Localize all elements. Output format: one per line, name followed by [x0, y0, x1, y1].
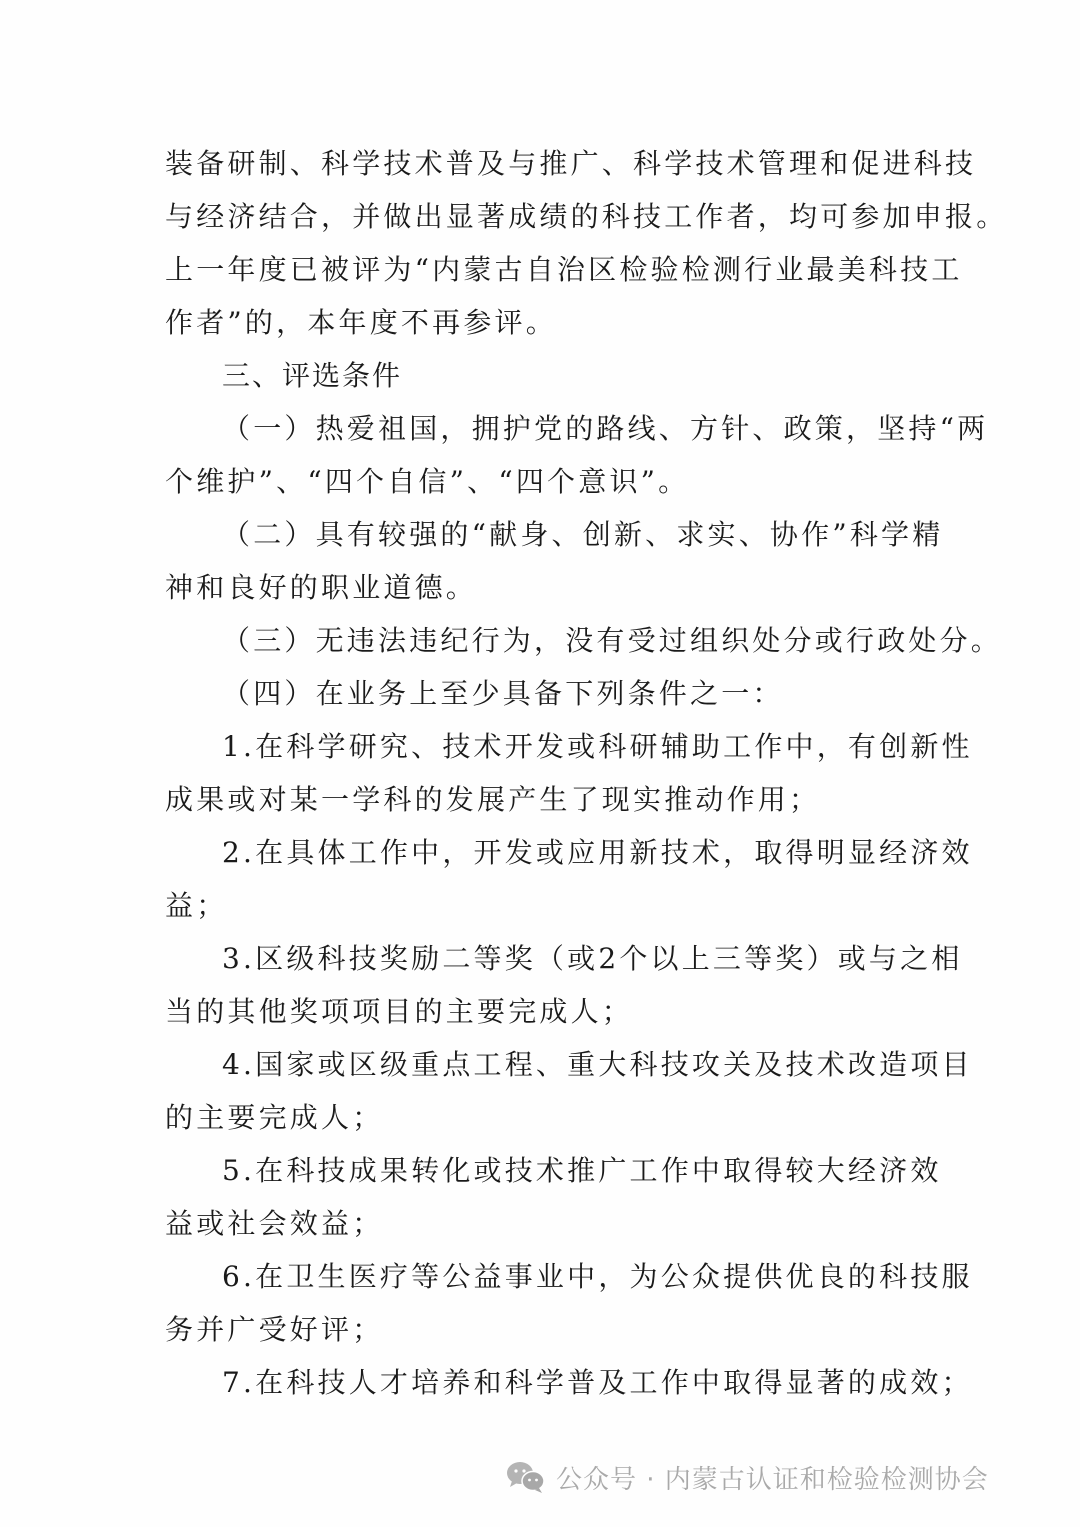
document-page: 装备研制、科学技术普及与推广、科学技术管理和促进科技 与经济结合，并做出显著成绩…: [0, 0, 1080, 1527]
list-item-7: 7.在科技人才培养和科学普及工作中取得显著的成效；: [165, 1356, 917, 1409]
section-heading: 三、评选条件: [165, 349, 917, 402]
text-line: 与经济结合，并做出显著成绩的科技工作者，均可参加申报。: [165, 190, 917, 243]
text-line: 益或社会效益；: [165, 1197, 917, 1250]
document-body: 装备研制、科学技术普及与推广、科学技术管理和促进科技 与经济结合，并做出显著成绩…: [165, 137, 917, 1409]
text-line: 个维护”、“四个自信”、“四个意识”。: [165, 455, 917, 508]
list-item-1: 1.在科学研究、技术开发或科研辅助工作中，有创新性: [165, 720, 917, 773]
text-line: 装备研制、科学技术普及与推广、科学技术管理和促进科技: [165, 137, 917, 190]
list-item-2: 2.在具体工作中，开发或应用新技术，取得明显经济效: [165, 826, 917, 879]
criterion-1: （一）热爱祖国，拥护党的路线、方针、政策，坚持“两: [165, 402, 917, 455]
list-item-6: 6.在卫生医疗等公益事业中，为公众提供优良的科技服: [165, 1250, 917, 1303]
text-line: 神和良好的职业道德。: [165, 561, 917, 614]
text-line: 上一年度已被评为“内蒙古自治区检验检测行业最美科技工: [165, 243, 917, 296]
criterion-2: （二）具有较强的“献身、创新、求实、协作”科学精: [165, 508, 917, 561]
text-line: 的主要完成人；: [165, 1091, 917, 1144]
text-line: 益；: [165, 879, 917, 932]
criterion-3: （三）无违法违纪行为，没有受过组织处分或行政处分。: [165, 614, 917, 667]
list-item-5: 5.在科技成果转化或技术推广工作中取得较大经济效: [165, 1144, 917, 1197]
text-line: 当的其他奖项项目的主要完成人；: [165, 985, 917, 1038]
list-item-4: 4.国家或区级重点工程、重大科技攻关及技术改造项目: [165, 1038, 917, 1091]
text-line: 作者”的，本年度不再参评。: [165, 296, 917, 349]
wechat-icon: [506, 1460, 546, 1494]
criterion-4: （四）在业务上至少具备下列条件之一：: [165, 667, 917, 720]
watermark-label: 公众号 · 内蒙古认证和检验检测协会: [556, 1459, 989, 1496]
watermark-footer: 公众号 · 内蒙古认证和检验检测协会: [506, 1457, 989, 1497]
text-line: 成果或对某一学科的发展产生了现实推动作用；: [165, 773, 917, 826]
text-line: 务并广受好评；: [165, 1303, 917, 1356]
list-item-3: 3.区级科技奖励二等奖（或2个以上三等奖）或与之相: [165, 932, 917, 985]
